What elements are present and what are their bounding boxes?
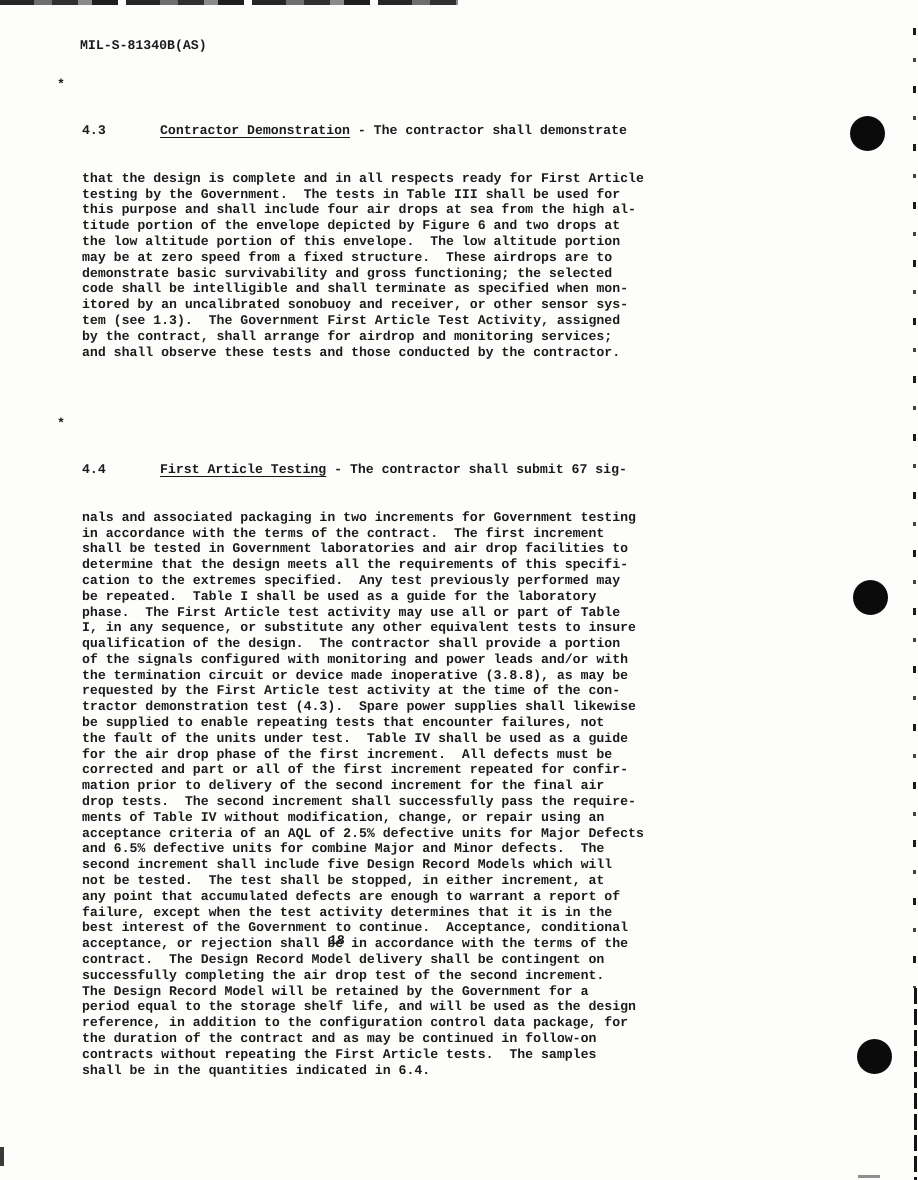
paragraph-4-3-first-line: 4.3Contractor Demonstration - The contra… bbox=[82, 123, 697, 139]
paragraph-4-4: * 4.4First Article Testing - The contrac… bbox=[57, 415, 697, 1110]
document-page: MIL-S-81340B(AS) * 4.3Contractor Demonst… bbox=[0, 0, 918, 1180]
paragraph-4-4-first-line: 4.4First Article Testing - The contracto… bbox=[82, 462, 697, 478]
paragraph-number: 4.3 bbox=[82, 123, 160, 139]
punch-hole-mark-top bbox=[850, 116, 885, 151]
paragraph-heading: Contractor Demonstration bbox=[160, 123, 350, 138]
page-number: 18 bbox=[329, 933, 345, 949]
paragraph-4-4-text: nals and associated packaging in two inc… bbox=[82, 510, 697, 1079]
paragraph-4-3: * 4.3Contractor Demonstration - The cont… bbox=[57, 76, 697, 392]
paragraph-4-3-text: that the design is complete and in all r… bbox=[82, 171, 697, 361]
punch-hole-mark-middle bbox=[853, 580, 888, 615]
paragraph-first-line-text: - The contractor shall submit 67 sig- bbox=[326, 462, 627, 477]
document-id-header: MIL-S-81340B(AS) bbox=[80, 38, 207, 54]
scan-artifact-bottom-dash bbox=[858, 1175, 880, 1178]
paragraph-first-line-text: - The contractor shall demonstrate bbox=[350, 123, 627, 138]
paragraph-heading: First Article Testing bbox=[160, 462, 326, 477]
paragraph-number: 4.4 bbox=[82, 462, 160, 478]
punch-hole-mark-bottom bbox=[857, 1039, 892, 1074]
scan-artifact-right-edge-bottom bbox=[914, 988, 917, 1180]
change-marker-asterisk: * bbox=[57, 77, 65, 93]
document-body: * 4.3Contractor Demonstration - The cont… bbox=[57, 76, 697, 1110]
scan-artifact-right-edge bbox=[913, 28, 916, 988]
scan-artifact-top-edge bbox=[0, 0, 458, 5]
scan-artifact-left-edge bbox=[0, 1147, 4, 1166]
change-marker-asterisk: * bbox=[57, 416, 65, 432]
